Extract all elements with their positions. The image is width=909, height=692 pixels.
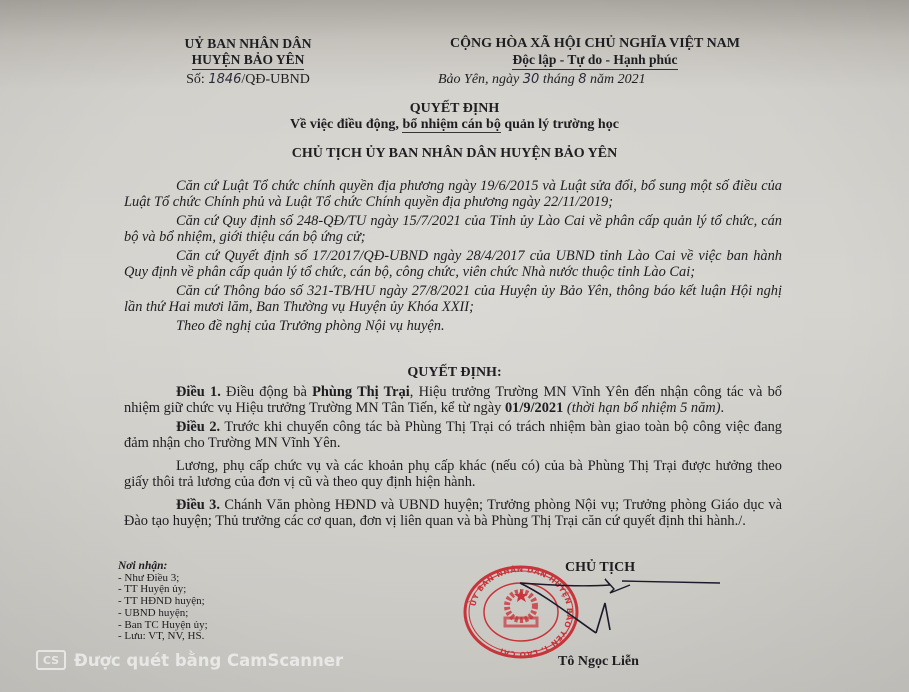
- agency-line-2: HUYỆN BẢO YÊN: [192, 52, 305, 70]
- agency-line-1: UỶ BAN NHÂN DÂN: [148, 36, 348, 52]
- date-year: năm 2021: [586, 72, 645, 87]
- subject-prefix: Về việc điều động,: [290, 117, 402, 132]
- article-2-text: Trước khi chuyển công tác bà Phùng Thị T…: [124, 419, 782, 451]
- article-3-label: Điều 3.: [176, 497, 220, 513]
- recipients: Nơi nhận: - Như Điều 3; - TT Huyện ủy; -…: [118, 561, 208, 643]
- motto-line-1: CỘNG HÒA XÃ HỘI CHỦ NGHĨA VIỆT NAM: [380, 36, 810, 52]
- article-3-text: Chánh Văn phòng HĐND và UBND huyện; Trưở…: [124, 497, 782, 529]
- issuing-agency: UỶ BAN NHÂN DÂN HUYỆN BẢO YÊN: [148, 36, 348, 70]
- signer-name: Tô Ngọc Liễn: [558, 654, 639, 670]
- basis-paragraph: Căn cứ Thông báo số 321-TB/HU ngày 27/8/…: [124, 283, 782, 315]
- number-prefix: Số:: [186, 72, 208, 87]
- document-type: QUYẾT ĐỊNH: [0, 101, 909, 117]
- article-2: Điều 2. Trước khi chuyển công tác bà Phù…: [124, 419, 782, 451]
- article-1-label: Điều 1.: [176, 384, 221, 400]
- person-name: Phùng Thị Trại: [312, 384, 410, 400]
- recipient-item: - Lưu: VT, NV, HS.: [118, 631, 208, 643]
- recipient-item: - UBND huyện;: [118, 608, 208, 620]
- appointment-term: (thời hạn bổ nhiệm 5 năm): [567, 400, 721, 416]
- watermark-text: Được quét bằng CamScanner: [74, 651, 343, 670]
- decision-heading: QUYẾT ĐỊNH:: [0, 365, 909, 381]
- motto-line-2: Độc lập - Tự do - Hạnh phúc: [512, 52, 677, 70]
- article-1-end: .: [721, 400, 725, 416]
- number-suffix: /QĐ-UBND: [241, 72, 309, 87]
- article-2-salary: Lương, phụ cấp chức vụ và các khoản phụ …: [124, 458, 782, 490]
- date-place: Bảo Yên, ngày: [438, 72, 523, 87]
- subject-underlined: bổ nhiệm cán bộ: [402, 117, 500, 133]
- camscanner-watermark: CS Được quét bằng CamScanner: [36, 650, 343, 670]
- signer-position: CHỦ TỊCH: [565, 560, 635, 576]
- effective-date: 01/9/2021: [505, 400, 563, 416]
- camscanner-cs-icon: CS: [36, 650, 66, 670]
- basis-paragraph: Căn cứ Quy định số 248-QĐ/TU ngày 15/7/2…: [124, 213, 782, 245]
- issuing-authority: CHỦ TỊCH ỦY BAN NHÂN DÂN HUYỆN BẢO YÊN: [0, 146, 909, 162]
- basis-paragraph: Căn cứ Quyết định số 17/2017/QĐ-UBND ngà…: [124, 248, 782, 280]
- number-handwritten: 1846: [208, 72, 241, 87]
- document-date: Bảo Yên, ngày 30 tháng 8 năm 2021: [438, 72, 646, 88]
- basis-paragraph: Theo đề nghị của Trưởng phòng Nội vụ huy…: [124, 318, 782, 334]
- article-1: Điều 1. Điều động bà Phùng Thị Trại, Hiệ…: [124, 384, 782, 416]
- national-motto: CỘNG HÒA XÃ HỘI CHỦ NGHĨA VIỆT NAM Độc l…: [380, 36, 810, 70]
- recipients-heading: Nơi nhận:: [118, 561, 208, 573]
- date-month-label: tháng: [539, 72, 578, 87]
- date-day: 30: [523, 72, 540, 87]
- article-1-text: Điều động bà: [221, 384, 312, 400]
- handwritten-signature: [510, 575, 725, 635]
- article-2-label: Điều 2.: [176, 419, 220, 435]
- legal-basis: Căn cứ Luật Tổ chức chính quyền địa phươ…: [124, 178, 782, 337]
- basis-paragraph: Căn cứ Luật Tổ chức chính quyền địa phươ…: [124, 178, 782, 210]
- document-number: Số: 1846/QĐ-UBND: [148, 72, 348, 88]
- document-subject: Về việc điều động, bổ nhiệm cán bộ quản …: [0, 117, 909, 133]
- subject-suffix: quản lý trường học: [501, 117, 619, 132]
- articles: Điều 1. Điều động bà Phùng Thị Trại, Hiệ…: [124, 384, 782, 532]
- article-3: Điều 3. Chánh Văn phòng HĐND và UBND huy…: [124, 497, 782, 529]
